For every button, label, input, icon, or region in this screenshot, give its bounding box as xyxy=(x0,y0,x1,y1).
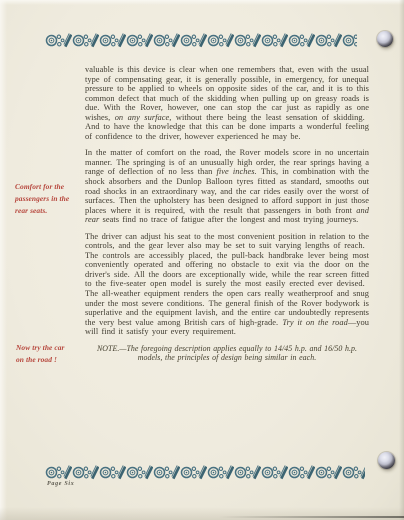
scan-edge-right xyxy=(399,0,404,520)
footnote-models: NOTE.—The foregoing description applies … xyxy=(85,344,369,363)
ornamental-border-bottom xyxy=(45,464,365,481)
paragraph-braking: valuable is this device is clear when on… xyxy=(85,65,369,141)
paragraph-comfort: In the matter of comfort on the road, th… xyxy=(85,148,369,224)
scan-edge-left xyxy=(0,0,7,520)
body-text-column: valuable is this device is clear when on… xyxy=(85,65,369,370)
margin-note-rear-seat-comfort: Comfort for the passengers in the rear s… xyxy=(15,181,81,217)
margin-note-road-test: Now try the car on the road ! xyxy=(16,342,82,366)
binding-stud-bottom xyxy=(378,452,395,469)
paragraph-controls-finish: The driver can adjust his seat to the mo… xyxy=(85,232,369,337)
scan-shadow-line xyxy=(219,516,404,518)
binding-stud-top xyxy=(377,31,393,47)
scan-edge-top xyxy=(0,0,404,5)
ornamental-border-top xyxy=(45,32,357,49)
page-number: Page Six xyxy=(47,481,74,487)
scan-edge-bottom xyxy=(0,507,404,520)
scanned-page: Comfort for the passengers in the rear s… xyxy=(0,0,404,520)
